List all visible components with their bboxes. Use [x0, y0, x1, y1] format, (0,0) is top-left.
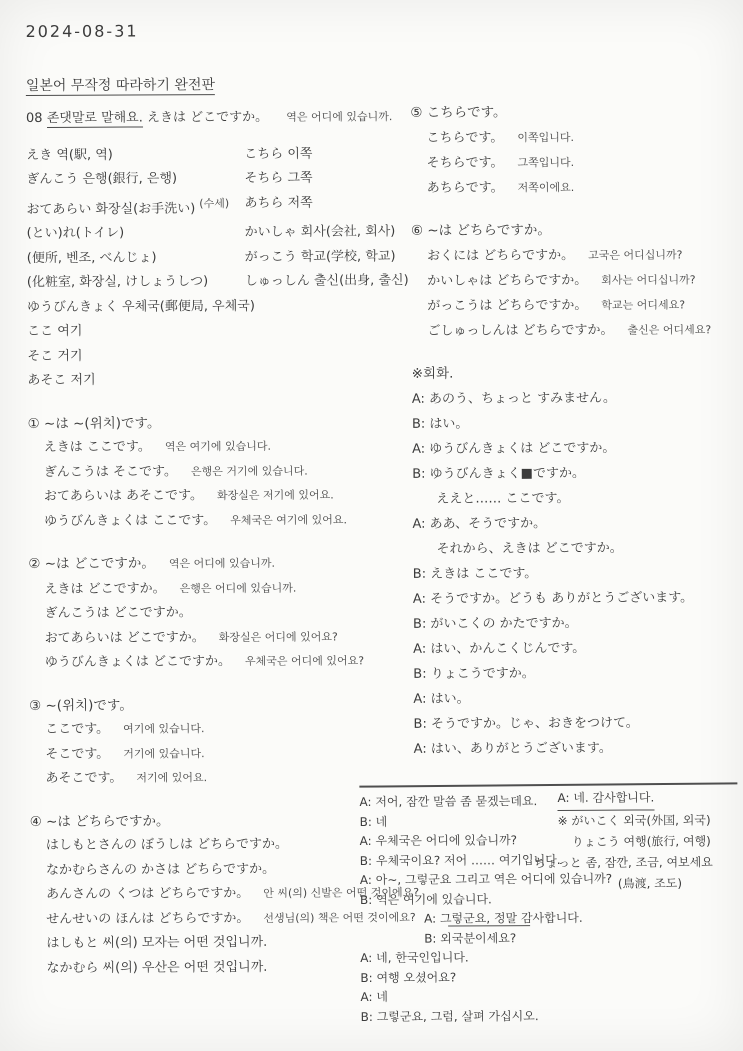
dialogue-line: B: 역은 여기에 있습니다.: [360, 889, 570, 910]
dialogue-line: A: はい、ありがとうございます。: [414, 735, 740, 762]
dialogue-line: A: ああ、そうですか。: [412, 510, 738, 537]
grammar-item: かいしゃは どちらですか。회사는 어디십니까?: [427, 267, 737, 294]
dialogue-line: A: あのう、ちょっと すみません。: [412, 385, 738, 412]
dialogue-line: A: 저어, 잠깐 말씀 좀 묻겠는데요.: [359, 792, 569, 813]
grammar-item: ごしゅっしんは どちらですか。출신은 어디세요?: [427, 317, 737, 344]
sentence-ko: 이쪽입니다.: [517, 131, 574, 144]
sentence-ko: 그쪽입니다.: [517, 156, 574, 169]
vocab-row: そこ 거기: [27, 343, 429, 370]
grammar-item: ゆうびんきょくは どこですか。우체국은 어디에 있어요?: [45, 649, 431, 676]
sentence-jp: そこです。: [45, 746, 109, 761]
dialogue-line: A: 네, 한국인입니다.: [360, 948, 570, 969]
sentence-jp: がっこうは どちらですか。: [427, 298, 587, 314]
dialogue-line: B: えきは ここです。: [413, 560, 739, 587]
vocab-term: しゅっしん 출신(出身, 출신): [245, 269, 409, 294]
vocab-row: (とい)れ(トイレ) かいしゃ 회사(会社, 회사): [27, 220, 429, 247]
grammar-item: ぎんこうは そこです。은행은 거기에 있습니다.: [44, 459, 430, 486]
sentence-ko: 회사는 어디십니까?: [601, 273, 695, 286]
sentence-jp: ゆうびんきょくは ここです。: [44, 513, 216, 529]
section-title: ⑤ こちらです。: [410, 99, 736, 126]
grammar-section-5: ⑤ こちらです。 こちらです。이쪽입니다. そちらです。그쪽입니다. あちらです…: [410, 99, 737, 201]
lesson-phrase-ko: 역은 어디에 있습니까.: [286, 110, 392, 124]
vocab-term: (化粧室, 화장실, けしょうしつ): [27, 270, 245, 296]
sentence-ko: 우체국은 어디에 있어요?: [245, 655, 364, 669]
vocab-row: おてあらい 화장실(お手洗い)(수세) あちら 저쪽: [26, 190, 428, 222]
vocab-term: あちら 저쪽: [244, 191, 312, 221]
sentence-ko: 고국은 어디십니까?: [588, 248, 682, 261]
dialogue-line: B: はい。: [412, 410, 738, 437]
vocab-row: (化粧室, 화장실, けしょうしつ) しゅっしん 출신(出身, 출신): [27, 269, 429, 296]
bottom-block: A: 저어, 잠깐 말씀 좀 묻겠는데요. B: 네 A: 우체국은 어디에 있…: [359, 783, 738, 1027]
grammar-item: あちらです。저쪽이에요.: [427, 174, 737, 201]
vocab-term: ここ 여기: [27, 319, 245, 345]
dialogue-line: ええと…… ここです。: [436, 485, 738, 512]
grammar-item: おくには どちらですか。고국은 어디십니까?: [427, 242, 737, 269]
vocab-term: おてあらい 화장실(お手洗い)(수세): [26, 191, 244, 222]
sentence-jp: おてあらいは あそこです。: [44, 488, 203, 504]
dialogue-line: A: はい、かんこくじんです。: [413, 635, 739, 662]
notebook-page: 2024-08-31 일본어 무작정 따라하기 완전판 08 존댓말로 말해요.…: [0, 0, 743, 1051]
sentence-ko: 화장실은 어디에 있어요?: [219, 630, 338, 644]
dialogue-line: B: 그렇군요, 그럼, 살펴 가십시오.: [361, 1006, 571, 1027]
sentence-ko: はしもと 씨(의) 모자는 어떤 것입니까.: [46, 935, 267, 951]
sentence-jp: はしもとさんの ぼうしは どちらですか。: [46, 837, 288, 853]
vocab-term: こちら 이쪽: [244, 142, 312, 167]
grammar-item: そこです。거기에 있습니다.: [45, 741, 431, 768]
sentence-jp: そちらです。: [427, 155, 504, 170]
dialogue-line: B: 네: [360, 811, 570, 832]
grammar-section-6: ⑥ ~は どちらですか。 おくには どちらですか。고국은 어디십니까? かいしゃ…: [411, 217, 738, 344]
vocab-term: がっこう 학교(学校, 학교): [245, 245, 396, 270]
dialogue-line: A: はい。: [413, 685, 739, 712]
vocab-term: ぎんこう 은행(銀行, 은행): [26, 167, 244, 193]
dialogue-line: B: りょこうですか。: [413, 660, 739, 687]
vocab-term: (とい)れ(トイレ): [27, 221, 245, 247]
sentence-ko: 거기에 있습니다.: [123, 747, 204, 760]
grammar-item: おてあらいは あそこです。화장실은 저기에 있어요.: [44, 483, 430, 510]
sentence-jp: おてあらいは どこですか。: [45, 630, 205, 646]
grammar-item: おてあらいは どこですか。화장실은 어디에 있어요?: [45, 625, 431, 652]
grammar-item: ゆうびんきょくは ここです。우체국은 여기에 있어요.: [44, 508, 430, 535]
section-title: ⑥ ~は どちらですか。: [411, 217, 737, 244]
sentence-ko: 우체국은 여기에 있어요.: [230, 513, 347, 527]
lesson-number: 08: [26, 111, 43, 126]
sentence-jp: なかむらさんの かさは どちらですか。: [46, 862, 275, 878]
vocab-term: あそこ 저기: [27, 368, 245, 394]
section-title-ko: 역은 어디에 있습니까.: [169, 557, 275, 571]
grammar-item: そちらです。그쪽입니다.: [427, 149, 737, 176]
right-column: ⑤ こちらです。 こちらです。이쪽입니다. そちらです。그쪽입니다. あちらです…: [410, 99, 739, 762]
sentence-jp: えきは ここです。: [44, 440, 151, 456]
dialogue-line: A: ゆうびんきょくは どこですか。: [412, 435, 738, 462]
side-notes: A: 네. 감사합니다. ※ がいこく 외국(外国, 외국) りょこう 여행(旅…: [557, 787, 738, 895]
lesson-heading: 08 존댓말로 말해요. えきは どこですか。 역은 어디에 있습니까.: [26, 105, 428, 132]
dialogue-line: A: 그렇군요, 정말 감사합니다.: [424, 909, 570, 929]
dialogue-line: A: 우체국은 어디에 있습니까?: [360, 831, 570, 852]
sentence-jp: あそこです。: [45, 771, 122, 786]
book-title: 일본어 무작정 따라하기 완전판: [26, 73, 428, 97]
sentence-ko: 출신은 어디세요?: [627, 323, 711, 336]
grammar-item: ここです。여기에 있습니다.: [45, 716, 431, 743]
dialogue-line: A: そうですか。どうも ありがとうございます。: [413, 585, 739, 612]
sentence-ko: 화장실은 저기에 있어요.: [217, 489, 334, 503]
vocab-row: (便所, 벤조, べんじょ) がっこう 학교(学校, 학교): [27, 245, 429, 272]
lesson-topic: 존댓말로 말해요.: [47, 110, 143, 128]
sentence-jp: あちらです。: [427, 180, 504, 195]
grammar-item: ぎんこうは どこですか。: [45, 600, 431, 627]
side-note-text: A: 네. 감사합니다.: [557, 787, 654, 811]
footnote-line: りょこう 여행(旅行, 여행): [572, 831, 738, 853]
grammar-section-3: ③ ~(위치)です。 ここです。여기에 있습니다. そこです。거기에 있습니다.…: [29, 692, 432, 792]
dialogue-line: それから、えきは どこですか。: [437, 535, 739, 562]
dialogue-line: B: ゆうびんきょく■ですか。: [412, 460, 738, 487]
vocab-row: ゆうびんきょく 우체국(郵便局, 우체국): [27, 294, 429, 321]
sentence-jp: ぎんこうは どこですか。: [45, 606, 192, 622]
sentence-ko: 은행은 어디에 있습니까.: [180, 581, 297, 595]
dialogue-line: B: がいこくの かたですか。: [413, 610, 739, 637]
vocab-term-text: おてあらい 화장실(お手洗い): [26, 201, 195, 217]
footnote-line: ※ がいこく 외국(外国, 외국): [558, 810, 738, 832]
grammar-item: こちらです。이쪽입니다.: [426, 124, 736, 151]
sentence-ko: 은행은 거기에 있습니다.: [191, 464, 308, 478]
sentence-ko: なかむら 씨(의) 우산은 어떤 것입니까.: [46, 960, 267, 976]
vocab-term: ゆうびんきょく 우체국(郵便局, 우체국): [27, 295, 245, 321]
vocab-term: そちら 그쪽: [244, 167, 312, 192]
grammar-item: えきは ここです。역은 여기에 있습니다.: [44, 434, 430, 461]
sentence-ko: 여기에 있습니다.: [123, 722, 204, 735]
sentence-jp: せんせいの ほんは どちらですか。: [46, 911, 249, 927]
sentence-jp: ぎんこうは そこです。: [44, 464, 177, 480]
dialogue-line: B: そうですか。じゃ、おきをつけて。: [413, 710, 739, 737]
dialogue-line: A: 네: [360, 987, 570, 1008]
dialogue-label: ※회화.: [412, 360, 738, 387]
section-title: ③ ~(위치)です。: [29, 692, 431, 719]
side-note-line: A: 네. 감사합니다.: [557, 787, 737, 811]
dialogue-line: B: 여행 오셨어요?: [360, 967, 570, 988]
vocab-list: えき 역(駅, 역) こちら 이쪽 ぎんこう 은행(銀行, 은행) そちら 그쪽…: [26, 141, 429, 393]
book-title-text: 일본어 무작정 따라하기 완전판: [26, 77, 215, 96]
dialogue-korean: A: 저어, 잠깐 말씀 좀 묻겠는데요. B: 네 A: 우체국은 어디에 있…: [359, 792, 570, 1027]
sentence-ko: 저쪽이에요.: [518, 181, 575, 194]
vocab-term-note: (수세): [199, 196, 229, 209]
grammar-section-1: ① ~は ~(위치)です。 えきは ここです。역은 여기에 있습니다. ぎんこう…: [28, 410, 431, 535]
sentence-jp: ゆうびんきょくは どこですか。: [45, 654, 231, 670]
section-title-jp: ② ~は どこですか。: [28, 556, 155, 573]
sentence-jp: あんさんの くつは どちらですか。: [46, 886, 249, 902]
footnote-line: (鳥渡, 조도): [618, 873, 738, 895]
vocab-row: ここ 여기: [27, 318, 429, 345]
sentence-ko: 역은 여기에 있습니다.: [165, 440, 271, 454]
sentence-jp: おくには どちらですか。: [427, 248, 574, 264]
vocab-row: あそこ 저기: [27, 367, 429, 394]
date: 2024-08-31: [25, 21, 427, 41]
grammar-section-2: ② ~は どこですか。역은 어디에 있습니까. えきは どこですか。은행은 어디…: [28, 550, 431, 676]
sentence-ko: 학교는 어디세요?: [601, 298, 685, 311]
vocab-term: そこ 거기: [27, 344, 245, 370]
footnote-line: ちょっと 좀, 잠깐, 조금, 여보세요: [534, 852, 738, 874]
grammar-item: がっこうは どちらですか。학교는 어디세요?: [427, 292, 737, 319]
vocab-row: ぎんこう 은행(銀行, 은행) そちら 그쪽: [26, 166, 428, 193]
vocab-row: えき 역(駅, 역) こちら 이쪽: [26, 141, 428, 168]
lesson-phrase-jp: えきは どこですか。: [147, 110, 268, 126]
sentence-jp: ここです。: [45, 722, 109, 737]
section-title: ① ~は ~(위치)です。: [28, 410, 430, 437]
sentence-jp: ごしゅっしんは どちらですか。: [427, 323, 613, 339]
vocab-term: えき 역(駅, 역): [26, 142, 244, 168]
vocab-term: (便所, 벤조, べんじょ): [27, 246, 245, 272]
sentence-jp: かいしゃは どちらですか。: [427, 273, 587, 289]
dialogue-line: B: 외국분이세요?: [424, 928, 570, 948]
sentence-jp: えきは どこですか。: [44, 581, 165, 597]
dialogue-japanese: ※회화. A: あのう、ちょっと すみません。 B: はい。 A: ゆうびんきょ…: [412, 360, 740, 762]
grammar-item: えきは どこですか。은행은 어디에 있습니까.: [44, 576, 430, 603]
sentence-jp: こちらです。: [426, 130, 503, 145]
section-title: ② ~は どこですか。역은 어디에 있습니까.: [28, 550, 430, 578]
sentence-ko: 저기에 있어요.: [136, 771, 207, 784]
vocab-term: かいしゃ 회사(会社, 회사): [245, 220, 396, 245]
